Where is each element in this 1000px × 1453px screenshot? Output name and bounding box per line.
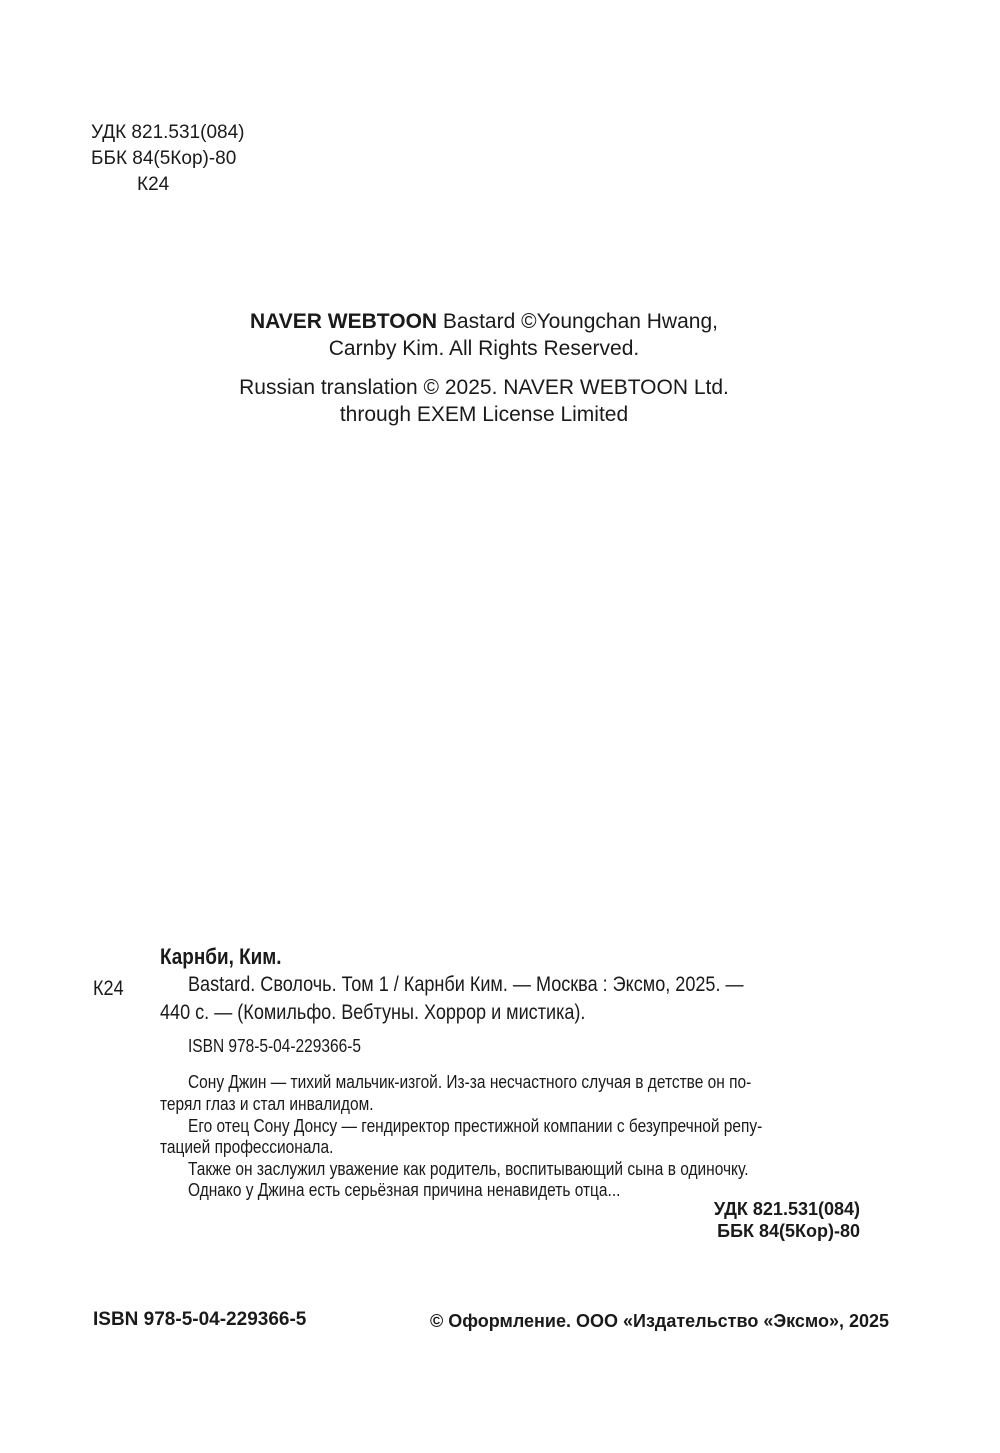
- author-mark: К24: [91, 172, 244, 198]
- annotation-line: Также он заслужил уважение как родитель,…: [188, 1159, 749, 1181]
- bib-description-line-2: 440 с. — (Комильфо. Вебтуны. Хоррор и ми…: [160, 999, 585, 1027]
- bib-description-line-1: Bastard. Сволочь. Том 1 / Карнби Ким. — …: [188, 971, 744, 999]
- translation-line-2: through EXEM License Limited: [0, 401, 968, 428]
- publisher-brand: NAVER WEBTOON: [250, 310, 437, 333]
- udk-code: УДК 821.531(084): [91, 120, 244, 146]
- annotation-line: Однако у Джина есть серьёзная причина не…: [188, 1180, 620, 1202]
- classification-block: УДК 821.531(084) ББК 84(5Кор)-80 К24: [91, 120, 244, 198]
- bib-isbn: ISBN 978-5-04-229366-5: [188, 1034, 361, 1058]
- annotation-line: терял глаз и стал инвалидом.: [160, 1094, 374, 1116]
- bbk-code: ББК 84(5Кор)-80: [91, 146, 244, 172]
- bib-author: Карнби, Ким.: [160, 943, 282, 971]
- copyright-block: NAVER WEBTOON Bastard ©Youngchan Hwang, …: [0, 308, 968, 428]
- bib-classification: УДК 821.531(084) ББК 84(5Кор)-80: [714, 1198, 860, 1242]
- bib-udk: УДК 821.531(084): [714, 1198, 860, 1220]
- annotation-line: Сону Джин — тихий мальчик-изгой. Из-за н…: [188, 1072, 751, 1094]
- copyright-line-1-rest: Bastard ©Youngchan Hwang,: [437, 310, 718, 333]
- annotation-line: Его отец Сону Донсу — гендиректор прести…: [188, 1116, 762, 1138]
- footer-design-credit: © Оформление. ООО «Издательство «Эксмо»,…: [430, 1311, 889, 1332]
- copyright-line-2: Carnby Kim. All Rights Reserved.: [0, 335, 968, 362]
- bib-author-mark: К24: [93, 975, 124, 1003]
- annotation-line: тацией профессионала.: [160, 1137, 333, 1159]
- translation-line-1: Russian translation © 2025. NAVER WEBTOO…: [0, 374, 968, 401]
- footer-isbn: ISBN 978-5-04-229366-5: [93, 1309, 306, 1331]
- bib-bbk: ББК 84(5Кор)-80: [714, 1220, 860, 1242]
- copyright-line-1: NAVER WEBTOON Bastard ©Youngchan Hwang,: [0, 308, 968, 335]
